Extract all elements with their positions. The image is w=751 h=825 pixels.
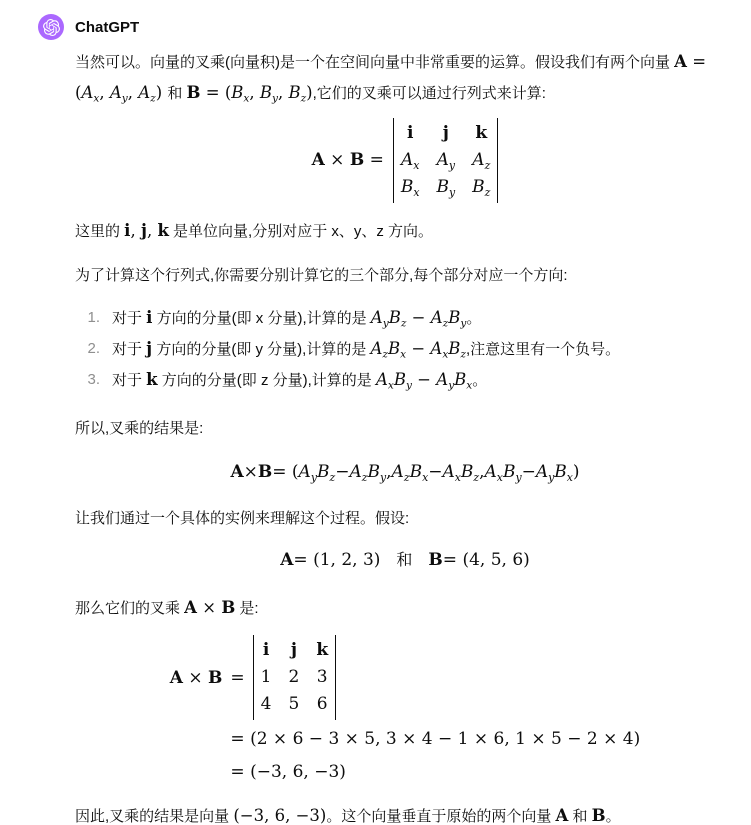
paragraph-conclusion: 因此,叉乘的结果是向量 (−3, 6, −3)。这个向量垂直于原始的两个向量 A… [75,801,735,825]
chatgpt-avatar [38,14,64,40]
equation-example-vectors: A = (1, 2, 3) 和 B = (4, 5, 6) [75,547,735,574]
list-item-2: 2. 对于 j 方向的分量(即 y 分量),计算的是 AzBx − AxBz,注… [75,334,735,365]
list-item-1: 1. 对于 i 方向的分量(即 x 分量),计算的是 AyBz − AzBy。 [75,303,735,334]
list-item-number: 2. [75,334,112,365]
openai-logo-icon [43,19,60,36]
equation-cross-product-result: A × B = (AyBz − AzBy, AzBx − AxBz, AxBy … [75,459,735,486]
determinant-matrix-general: ijkAxAyAzBxByBz [393,118,499,203]
message-body: 当然可以。向量的叉乘(向量积)是一个在空间向量中非常重要的运算。假设我们有两个向… [75,47,735,825]
list-item-number: 3. [75,365,112,396]
equation-lhs: A × B [170,664,223,692]
equation-determinant-general: A × B = ijkAxAyAzBxByBz [75,118,735,203]
equation-row-result: = (−3, 6, −3) [230,758,640,786]
ordered-list: 1. 对于 i 方向的分量(即 x 分量),计算的是 AyBz − AzBy。 … [75,303,735,396]
list-item-3: 3. 对于 k 方向的分量(即 z 分量),计算的是 AxBy − AyBx。 [75,365,735,396]
equation-row-expansion: = (2 × 6 − 3 × 5, 3 × 4 − 1 × 6, 1 × 5 −… [230,725,640,753]
equation-lhs: A × B = [312,147,384,174]
equation-example-aligned: A × B = ijk123456 = (2 × 6 − 3 × 5, 3 × … [75,635,735,786]
paragraph-so-result: 所以,叉乘的结果是: [75,414,735,444]
paragraph-example-intro: 让我们通过一个具体的实例来理解这个过程。假设: [75,504,735,534]
paragraph-intro: 当然可以。向量的叉乘(向量积)是一个在空间向量中非常重要的运算。假设我们有两个向… [75,47,735,109]
paragraph-example-cross: 那么它们的叉乘 A × B 是: [75,593,735,624]
list-item-text: 对于 j 方向的分量(即 y 分量),计算的是 AzBx − AxBz,注意这里… [112,334,620,365]
list-item-text: 对于 k 方向的分量(即 z 分量),计算的是 AxBy − AyBx。 [112,365,487,396]
paragraph-compute-parts: 为了计算这个行列式,你需要分别计算它的三个部分,每个部分对应一个方向: [75,261,735,291]
equals-sign: = [230,664,244,692]
assistant-message: ChatGPT 当然可以。向量的叉乘(向量积)是一个在空间向量中非常重要的运算。… [0,0,751,825]
determinant-matrix-numeric: ijk123456 [253,635,336,720]
author-name: ChatGPT [75,19,139,36]
list-item-number: 1. [75,303,112,334]
equation-row-determinant: = ijk123456 [230,635,640,720]
message-header: ChatGPT [38,14,735,40]
paragraph-unit-vectors: 这里的 i, j, k 是单位向量,分别对应于 x、y、z 方向。 [75,216,735,247]
list-item-text: 对于 i 方向的分量(即 x 分量),计算的是 AyBz − AzBy。 [112,303,481,334]
